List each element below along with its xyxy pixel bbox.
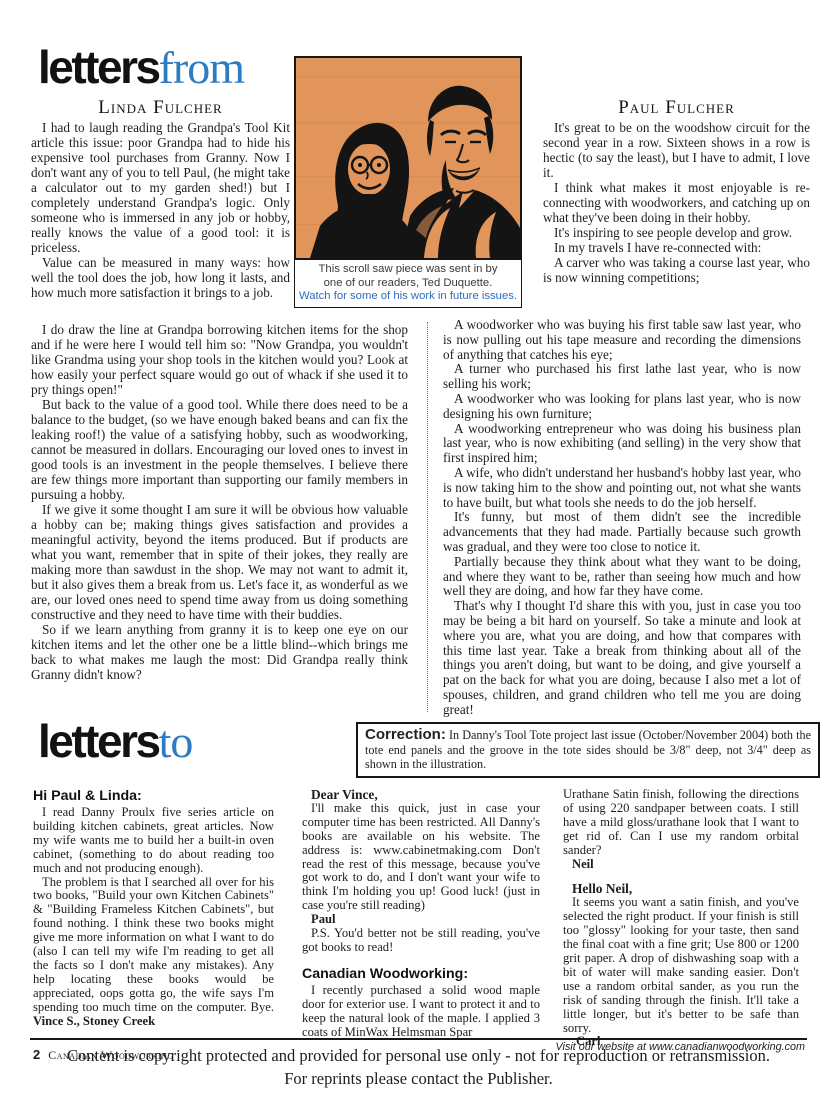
letter-paragraph: It seems you want a satin finish, and yo… — [563, 896, 799, 1035]
magazine-page: lettersfrom — [0, 0, 837, 1094]
photo-caption-line3: Watch for some of his work in future iss… — [297, 290, 519, 304]
spacer — [302, 955, 540, 966]
scroll-saw-portrait-image — [294, 56, 522, 260]
masthead-to-blue: to — [159, 716, 193, 767]
letter-paragraph: I read Danny Proulx five series article … — [33, 806, 274, 876]
linda-paragraph: Value can be measured in many ways: how … — [31, 255, 290, 300]
letter-signature-paul: Paul — [302, 913, 540, 927]
linda-column-narrow: Linda Fulcher I had to laugh reading the… — [31, 100, 290, 300]
paul-paragraph: That's why I thought I'd share this with… — [443, 599, 801, 717]
linda-column-wide: I do draw the line at Grandpa borrowing … — [31, 322, 408, 682]
masthead-letters-from: lettersfrom — [38, 44, 244, 91]
paul-paragraph: It's funny, but most of them didn't see … — [443, 510, 801, 554]
letter-paragraph-text: The problem is that I searched all over … — [33, 875, 274, 1014]
paul-paragraph: I think what makes it most enjoyable is … — [543, 180, 810, 225]
paul-paragraph: A woodworking entrepreneur who was doing… — [443, 422, 801, 466]
paul-paragraph: A wife, who didn't understand her husban… — [443, 466, 801, 510]
scroll-saw-art-icon — [296, 58, 520, 258]
letter-paragraph: I recently purchased a solid wood maple … — [302, 984, 540, 1040]
photo-caption-line1: This scroll saw piece was sent in by — [297, 263, 519, 277]
paul-paragraph: A turner who purchased his first lathe l… — [443, 362, 801, 392]
copyright-line2: For reprints please contact the Publishe… — [0, 1069, 837, 1089]
letter-signature-vince: Vince S., Stoney Creek — [33, 1014, 155, 1028]
linda-paragraph: But back to the value of a good tool. Wh… — [31, 397, 408, 502]
paul-paragraph: It's inspiring to see people develop and… — [543, 225, 810, 240]
paul-paragraph: In my travels I have re-connected with: — [543, 240, 810, 255]
letter-heading-dear-vince: Dear Vince, — [302, 788, 540, 802]
byline-paul-fulcher: Paul Fulcher — [543, 100, 810, 115]
letter-paragraph: P.S. You'd better not be still reading, … — [302, 927, 540, 955]
paul-column-narrow: Paul Fulcher It's great to be on the woo… — [543, 100, 810, 285]
paul-paragraph: A carver who was taking a course last ye… — [543, 255, 810, 285]
linda-paragraph: I do draw the line at Grandpa borrowing … — [31, 322, 408, 397]
masthead-to-black: letters — [38, 715, 159, 767]
letters-to-column-3: Urathane Satin finish, following the dir… — [563, 788, 799, 1049]
paul-column-wide: A woodworker who was buying his first ta… — [443, 318, 801, 718]
photo-caption-line2: one of our readers, Ted Duquette. — [297, 277, 519, 291]
letter-signature-neil: Neil — [563, 858, 799, 872]
letters-to-column-1: Hi Paul & Linda: I read Danny Proulx fiv… — [33, 788, 274, 1029]
letter-paragraph: I'll make this quick, just in case your … — [302, 802, 540, 913]
linda-paragraph: So if we learn anything from granny it i… — [31, 622, 408, 682]
masthead-letters-to: lettersto — [38, 718, 192, 765]
letter-heading-hi-paul-linda: Hi Paul & Linda: — [33, 788, 274, 804]
letter-heading-canadian-woodworking: Canadian Woodworking: — [302, 966, 540, 982]
letter-heading-hello-neil: Hello Neil, — [563, 882, 799, 896]
photo-caption: This scroll saw piece was sent in by one… — [294, 260, 522, 308]
column-divider — [427, 322, 428, 712]
paul-paragraph: A woodworker who was buying his first ta… — [443, 318, 801, 362]
correction-label: Correction: — [365, 726, 446, 743]
copyright-line1: Content is copyright protected and provi… — [0, 1046, 837, 1066]
masthead-from-blue: from — [159, 42, 244, 93]
linda-paragraph: If we give it some thought I am sure it … — [31, 502, 408, 622]
linda-paragraph: I had to laugh reading the Grandpa's Too… — [31, 120, 290, 255]
letter-paragraph: The problem is that I searched all over … — [33, 876, 274, 1029]
paul-paragraph: Partially because they think about what … — [443, 555, 801, 599]
letter-paragraph: Urathane Satin finish, following the dir… — [563, 788, 799, 858]
letters-to-column-2: Dear Vince, I'll make this quick, just i… — [302, 788, 540, 1040]
paul-paragraph: It's great to be on the woodshow circuit… — [543, 120, 810, 180]
masthead-from-black: letters — [38, 41, 159, 93]
paul-paragraph: A woodworker who was looking for plans l… — [443, 392, 801, 422]
correction-box: Correction: In Danny's Tool Tote project… — [356, 722, 820, 778]
byline-linda-fulcher: Linda Fulcher — [31, 100, 290, 115]
footer-rule — [30, 1038, 807, 1040]
scroll-saw-photo-block: This scroll saw piece was sent in by one… — [294, 56, 522, 308]
